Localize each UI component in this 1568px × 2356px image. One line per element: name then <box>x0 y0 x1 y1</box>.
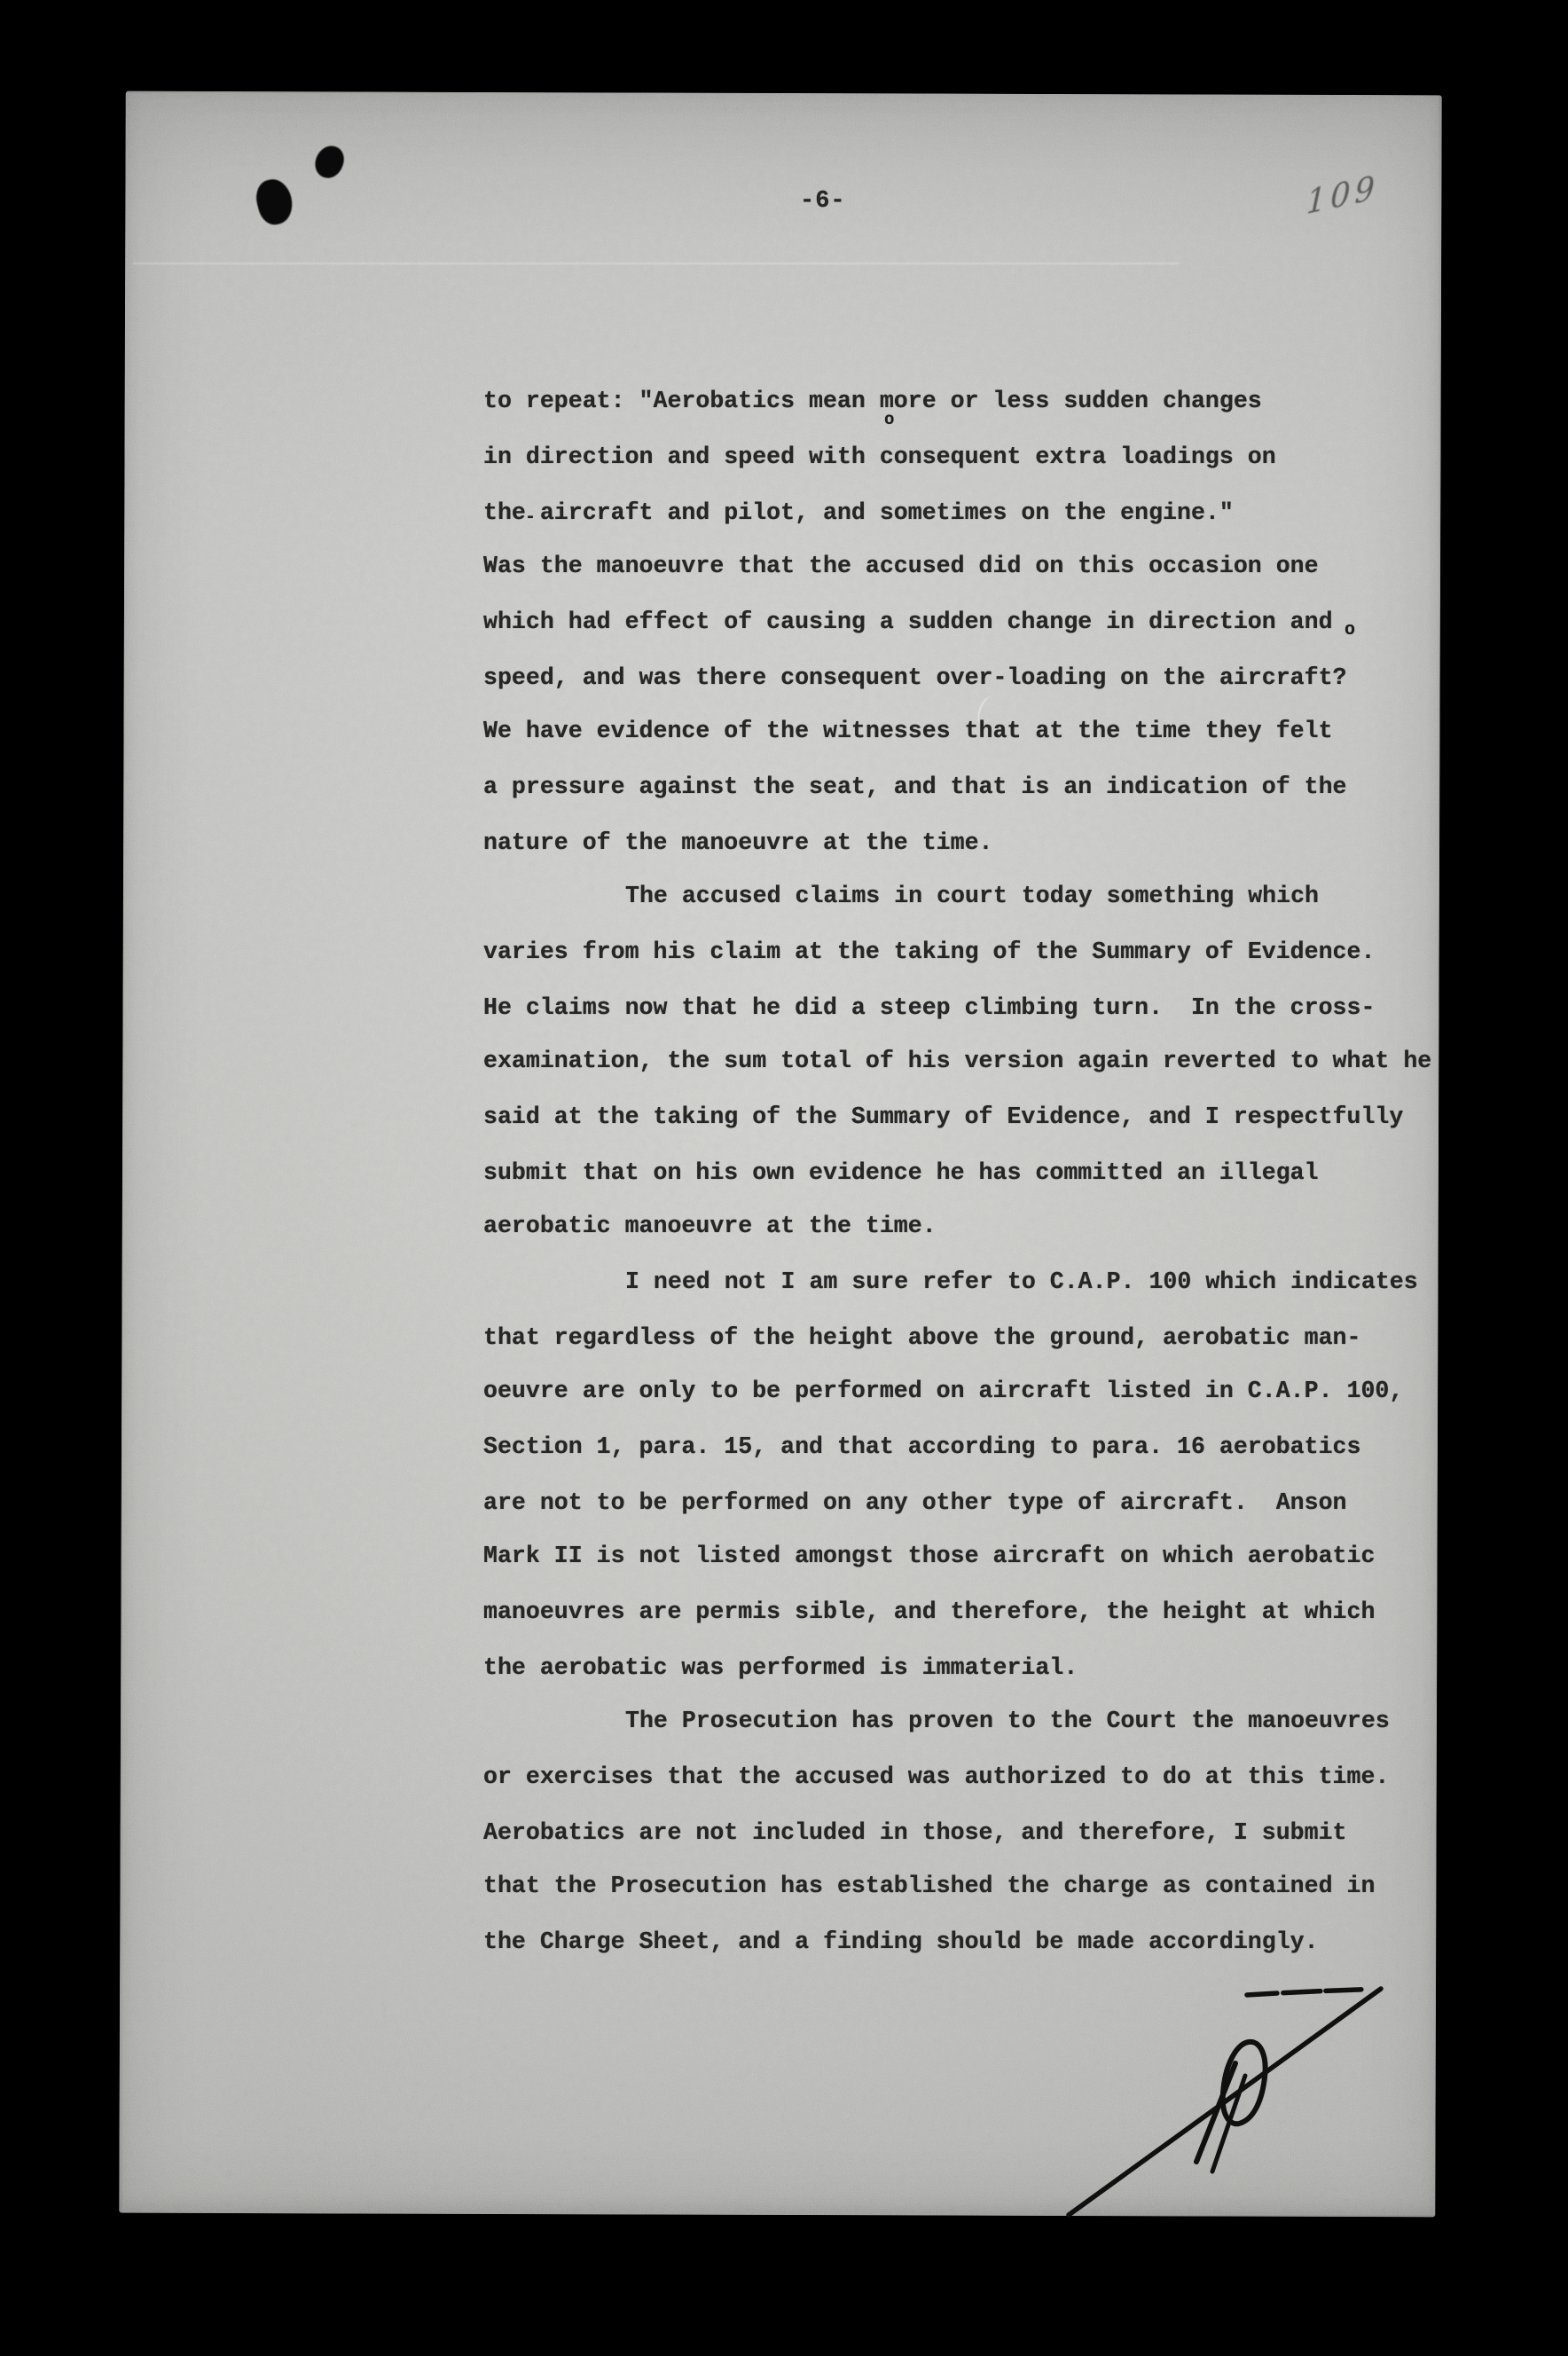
photo-backdrop: -6- 109 to repeat: "Aerobatics mean more… <box>0 0 1568 2356</box>
typed-line: Aerobatics are not included in those, an… <box>483 1819 1347 1846</box>
typed-line: that the Prosecution has established the… <box>483 1873 1375 1899</box>
typed-line: varies from his claim at the taking of t… <box>483 938 1375 965</box>
typed-line: examination, the sum total of his versio… <box>483 1048 1431 1074</box>
typed-line: or exercises that the accused was author… <box>483 1763 1389 1790</box>
stray-type-mark: - <box>525 507 536 528</box>
typed-line: Section 1, para. 15, and that according … <box>483 1433 1360 1460</box>
stray-type-mark: o <box>1345 620 1355 640</box>
typed-line: submit that on his own evidence he has c… <box>483 1159 1319 1186</box>
typed-line: in direction and speed with consequent e… <box>483 444 1276 470</box>
typed-line: the Charge Sheet, and a finding should b… <box>483 1928 1319 1955</box>
typed-line: speed, and was there consequent over-loa… <box>483 664 1347 691</box>
typed-line: a pressure against the seat, and that is… <box>483 774 1347 800</box>
typed-line: aerobatic manoeuvre at the time. <box>483 1213 937 1239</box>
typed-line: said at the taking of the Summary of Evi… <box>483 1103 1403 1130</box>
typed-line: Was the manoeuvre that the accused did o… <box>483 553 1319 579</box>
scratch-artifact <box>133 263 1180 264</box>
typed-line: manoeuvres are permis sible, and therefo… <box>483 1598 1375 1625</box>
typed-line: the aircraft and pilot, and sometimes on… <box>483 499 1234 526</box>
typed-line: He claims now that he did a steep climbi… <box>483 994 1375 1021</box>
typed-line: the aerobatic was performed is immateria… <box>483 1654 1078 1681</box>
typed-line: The Prosecution has proven to the Court … <box>625 1708 1390 1734</box>
typed-line: nature of the manoeuvre at the time. <box>483 829 993 856</box>
typed-line: I need not I am sure refer to C.A.P. 100… <box>625 1268 1418 1295</box>
typed-line: The accused claims in court today someth… <box>625 883 1319 909</box>
typed-line: We have evidence of the witnesses that a… <box>483 718 1333 744</box>
typed-line: that regardless of the height above the … <box>483 1324 1360 1351</box>
typed-line: Mark II is not listed amongst those airc… <box>483 1543 1375 1569</box>
stray-type-mark: o <box>884 410 894 429</box>
typed-line: oeuvre are only to be performed on aircr… <box>483 1378 1403 1404</box>
typed-line: which had effect of causing a sudden cha… <box>483 609 1333 635</box>
page-number: -6- <box>800 188 846 215</box>
typed-line: are not to be performed on any other typ… <box>483 1489 1347 1516</box>
typed-line: to repeat: "Aerobatics mean more or less… <box>483 388 1262 414</box>
